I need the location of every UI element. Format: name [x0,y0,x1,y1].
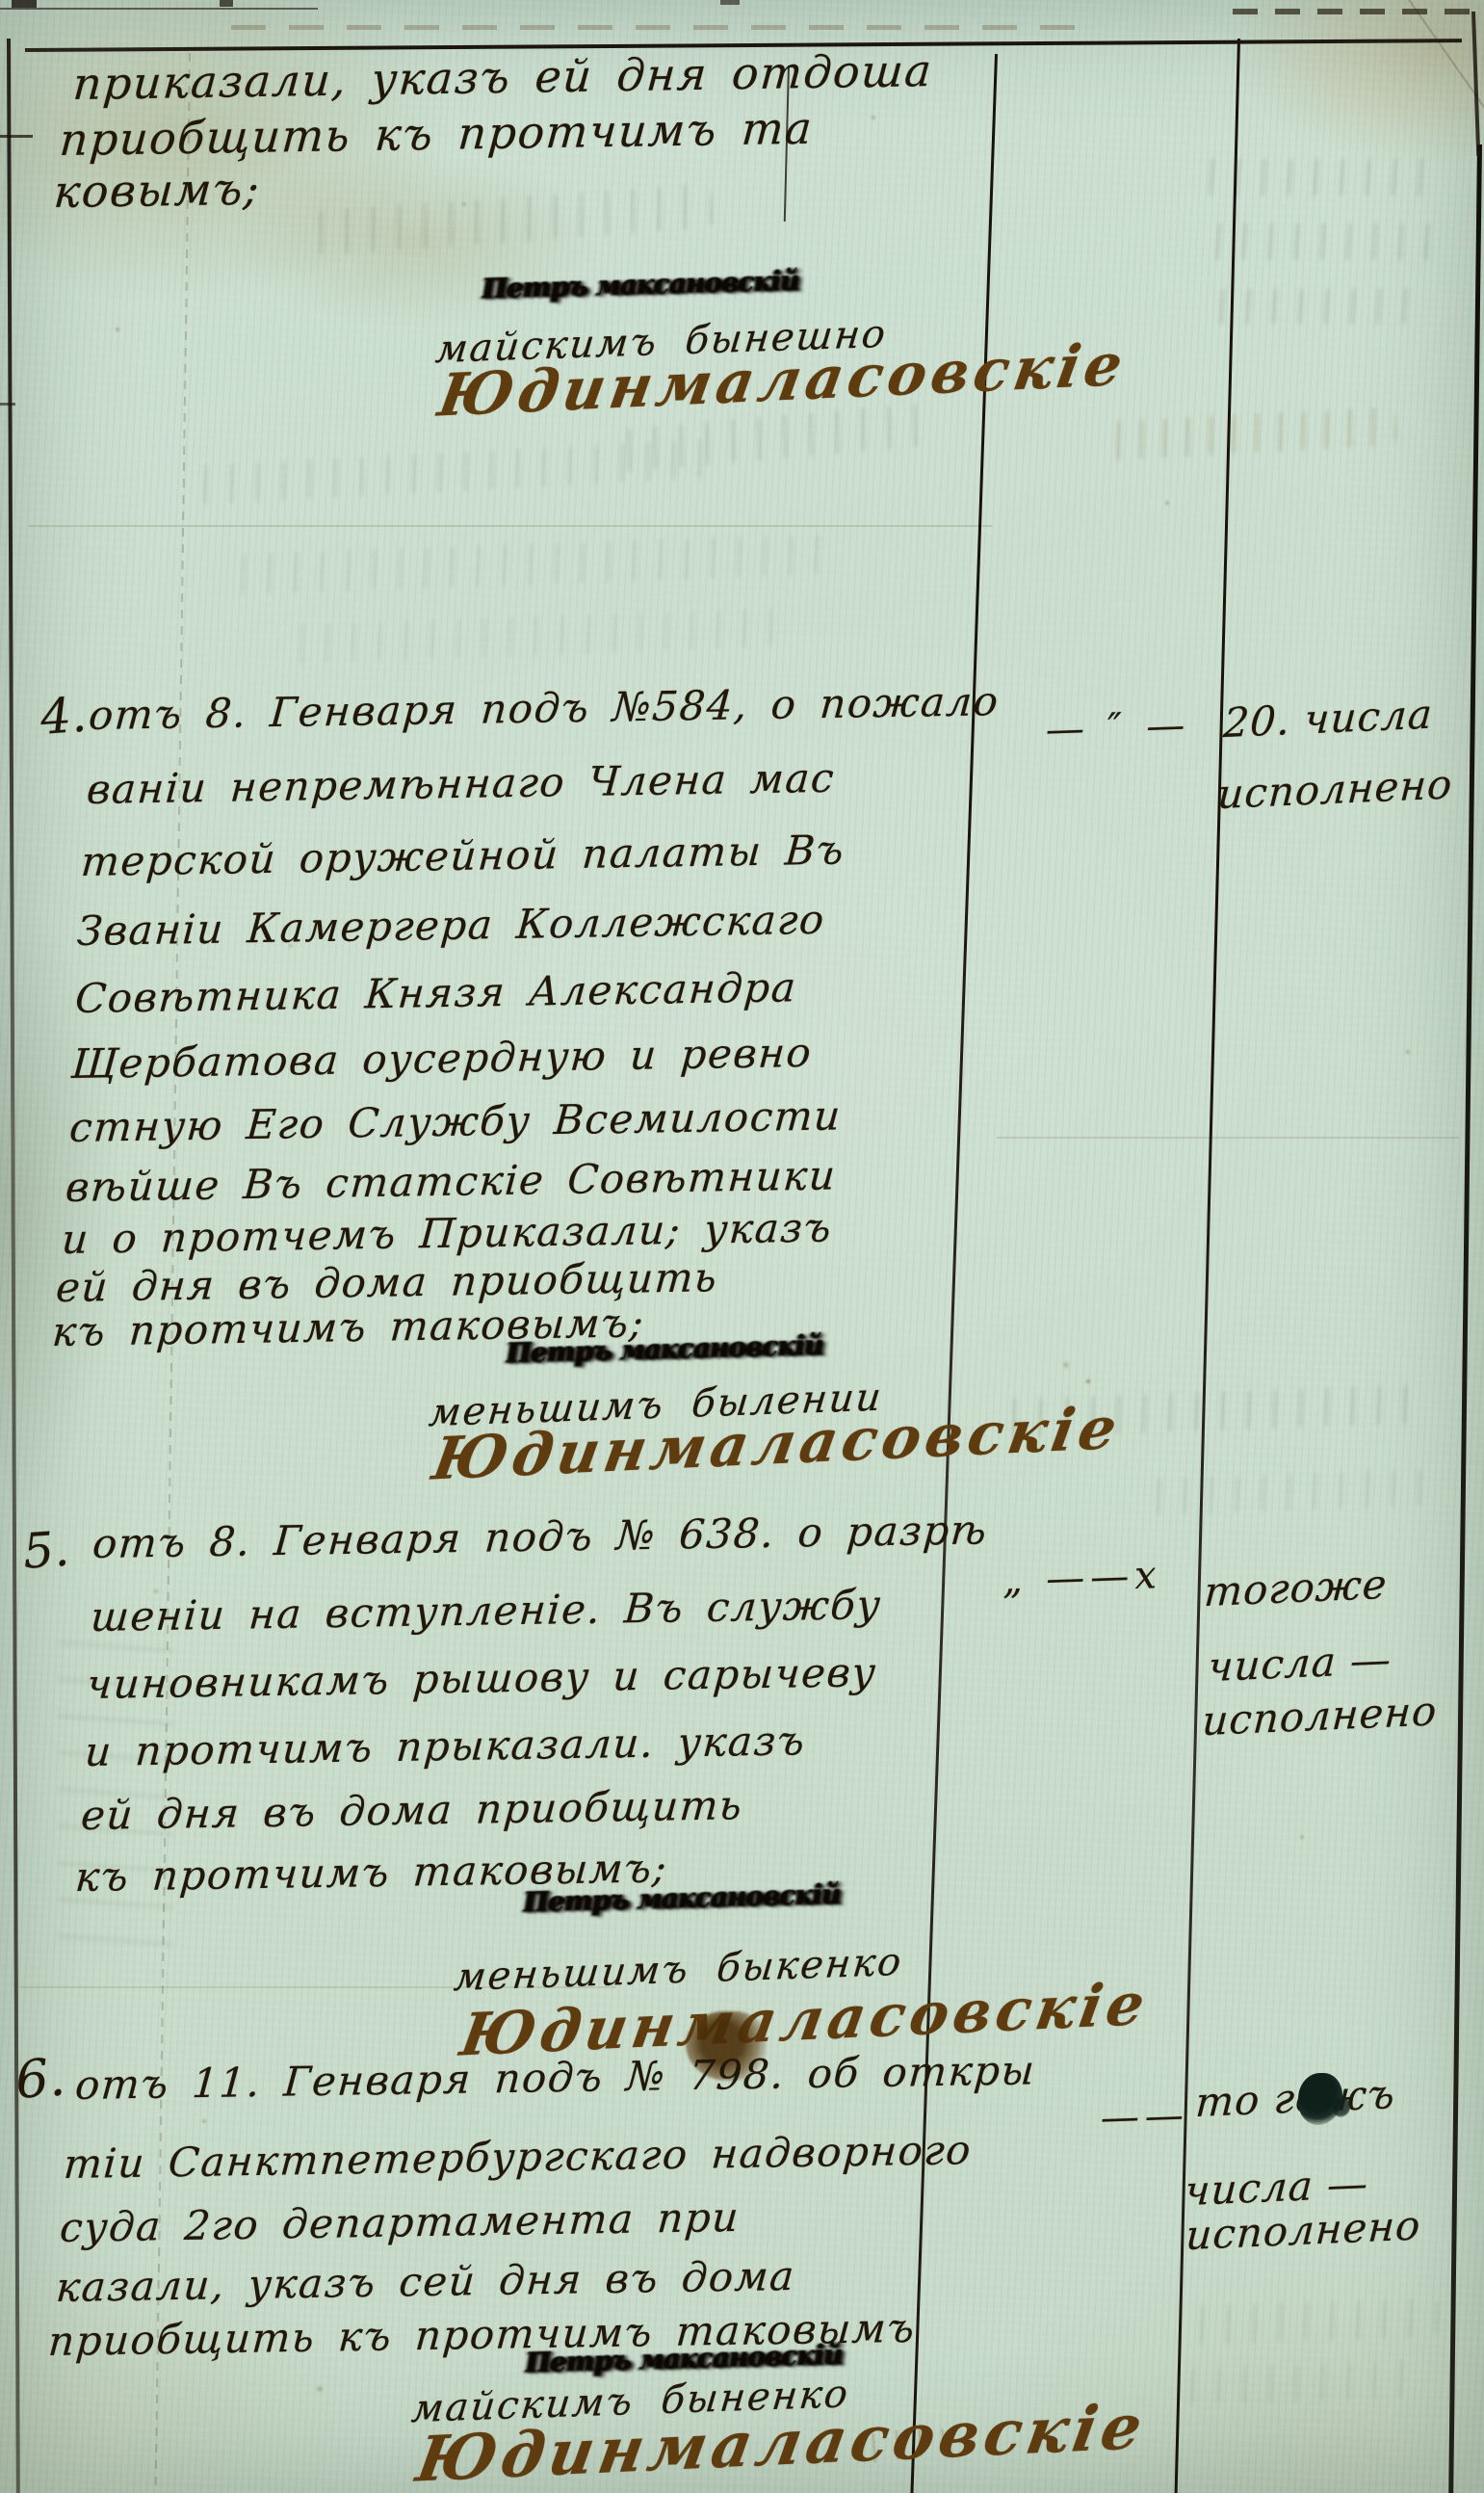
resolution-note: исполнено [1201,1687,1439,1745]
entry-number: 4. [39,687,89,746]
left-margin-dash [0,135,33,138]
entry-number: 6. [13,2046,67,2110]
entry-line: суда 2го департамента при [58,2193,741,2251]
resolution-note: исполнено [1216,760,1454,818]
entry-number: 5. [21,1521,71,1580]
bleedthrough-ghost [288,608,790,664]
entry-line: терской оружейной палаты Въ [79,827,846,886]
entry-line: тіи Санктпетербургскаго надворного [62,2126,973,2188]
entry-line: Званіи Камергера Коллежскаго [75,896,826,955]
right-page-edge [1448,144,1482,2493]
entry-line: ваніи непремѣннаго Члена мас [85,754,836,813]
bleedthrough-ghost [230,534,828,595]
bleedthrough-ghost [1145,1469,1435,1515]
foxing-specks [0,0,4,4]
left-page-edge [7,39,20,2493]
top-right-streaks [1233,9,1484,14]
resolution-note: то гожъ [1194,2070,1397,2126]
margin-ditto-mark: —— [1100,2093,1190,2140]
top-edge-fragment [720,0,740,5]
bleedthrough-ghost [1206,223,1435,260]
bleedthrough-ghost [1210,289,1427,324]
right-page-edge-upper [1471,12,1480,156]
entry-line: и протчимъ прыказали. указъ [83,1717,807,1775]
bleedthrough-ghost [1106,407,1397,460]
resolution-note: тогоже [1203,1561,1389,1615]
top-left-thin-rule [0,8,318,10]
continuation-line: ковымъ; [52,163,262,218]
entry-line: Щербатова оусердную и ревно [69,1029,814,1088]
entry-line: вѣйше Въ статскіе Совѣтники [64,1151,838,1211]
bleedthrough-ghost [192,439,713,505]
continuation-line: приказали, указъ ей дня отдоша [71,44,934,110]
entry-line: отъ 8. Генваря подъ № 638. о разрѣ [91,1506,989,1567]
top-edge-fragment [12,0,37,8]
bleedthrough-ghost [1188,2297,1440,2345]
entry-line: отъ 8. Генваря подъ №584, о пожало [87,677,1001,739]
manuscript-page: приказали, указъ ей дня отдоша приобщить… [0,0,1484,2493]
entry-line: казали, указъ сей дня въ дома [54,2252,796,2311]
signature-stamp: Петръ максановскій [482,264,799,304]
resolution-note: 20. числа [1222,691,1434,748]
entry-line: Совѣтника Князя Александра [73,963,798,1022]
entry-line: отъ 11. Генваря подъ № 798. об откры [73,2046,1037,2109]
margin-ditto-mark: „ ——х [1002,1553,1163,1603]
margin-ditto-mark: — ″ — [1045,703,1191,752]
entry-line: шеніи на вступленіе. Въ службу [89,1581,883,1640]
bleedthrough-ghost [1179,2361,1420,2406]
continuation-line: приобщить къ протчимъ та [58,102,815,166]
top-edge-streaks [231,25,1098,30]
resolution-note: исполнено [1185,2201,1422,2259]
horizontal-crease-2 [997,1137,1459,1139]
bleedthrough-ghost [307,183,714,255]
left-margin-dash [0,403,15,406]
entry-line: ей дня въ дома приобщить [79,1781,744,1839]
horizontal-crease-1 [29,525,992,527]
entry-line: стную Его Службу Всемилости [67,1091,843,1151]
top-edge-fragment [220,0,233,7]
entry-line: чиновникамъ рышову и сарычеву [85,1648,878,1708]
resolution-note: числа — [1207,1636,1393,1692]
